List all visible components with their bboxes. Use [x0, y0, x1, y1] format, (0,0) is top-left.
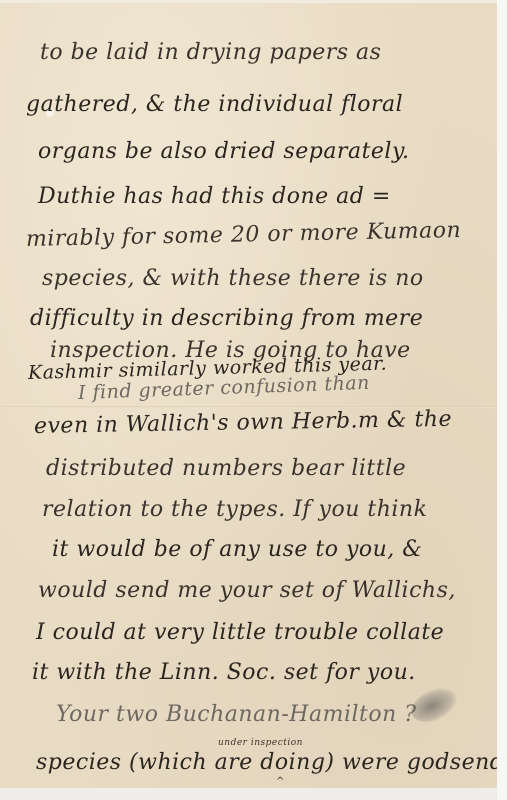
- letter-page: to be laid in drying papers as gathered,…: [0, 0, 498, 788]
- insertion-caret: ^: [276, 776, 284, 787]
- handwritten-line-5: mirably for some 20 or more Kumaon: [26, 218, 462, 252]
- paper-top-edge: [0, 0, 497, 3]
- handwritten-line-2: gathered, & the individual floral: [26, 92, 403, 117]
- handwritten-line-17: it with the Linn. Soc. set for you.: [32, 660, 416, 685]
- handwritten-line-6: species, & with these there is no: [42, 266, 424, 291]
- handwritten-line-16: I could at very little trouble collate: [36, 620, 444, 645]
- handwritten-line-19: species (which are doing) were godsends.: [36, 750, 507, 775]
- handwritten-line-12: distributed numbers bear little: [46, 456, 406, 481]
- handwritten-line-11: even in Wallich's own Herb.m & the: [34, 407, 452, 439]
- handwritten-line-15: would send me your set of Wallichs,: [38, 578, 456, 603]
- handwritten-line-1: to be laid in drying papers as: [40, 40, 381, 65]
- interlinear-insertion: under inspection: [218, 738, 303, 748]
- handwritten-line-14: it would be of any use to you, &: [52, 537, 422, 562]
- handwritten-line-18: Your two Buchanan-Hamilton ?: [56, 702, 417, 727]
- handwritten-line-4: Duthie has had this done ad =: [38, 184, 391, 209]
- scan-background-right: [497, 0, 507, 800]
- scan-background-bottom: [0, 788, 507, 800]
- handwritten-line-7: difficulty in describing from mere: [30, 306, 423, 331]
- handwritten-line-3: organs be also dried separately.: [38, 139, 409, 164]
- handwritten-line-13: relation to the types. If you think: [42, 497, 427, 522]
